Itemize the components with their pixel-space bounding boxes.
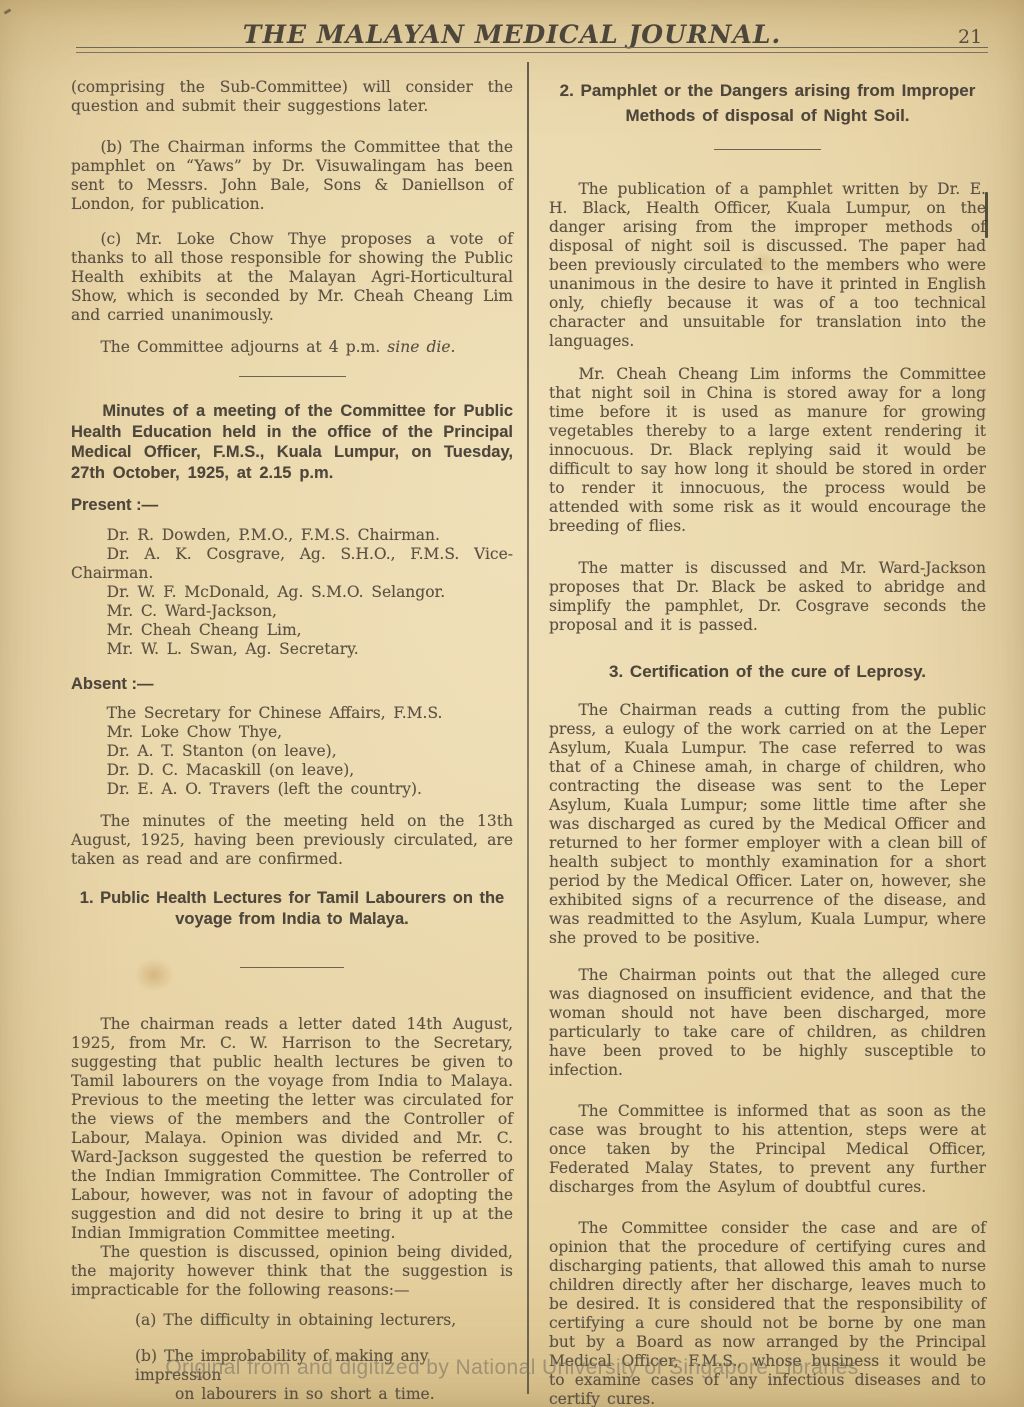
- reason-b-line-1: (b) The improbability of making any impr…: [71, 1347, 513, 1385]
- section-divider-rule: [240, 967, 344, 968]
- present-member: Mr. Cheah Cheang Lim,: [71, 621, 513, 640]
- absent-member: The Secretary for Chinese Affairs, F.M.S…: [71, 704, 513, 723]
- paragraph-chairman-points-out: The Chairman points out that the alleged…: [549, 966, 986, 1080]
- section-2-heading: 2. Pamphlet or the Dangers arising from …: [549, 78, 986, 128]
- reason-b-line-2: on labourers in so short a time.: [71, 1385, 513, 1404]
- absent-label: Absent :—: [71, 675, 513, 694]
- section-3-heading: 3. Certification of the cure of Leprosy.: [549, 659, 986, 684]
- absent-member: Dr. D. C. Macaskill (on leave),: [71, 761, 513, 780]
- present-member: Dr. W. F. McDonald, Ag. S.M.O. Selangor.: [71, 583, 513, 602]
- minutes-meeting-heading: Minutes of a meeting of the Committee fo…: [71, 401, 513, 483]
- paragraph-subcommittee-continuation: (comprising the Sub-Committee) will cons…: [71, 78, 513, 116]
- absent-list: The Secretary for Chinese Affairs, F.M.S…: [71, 704, 513, 799]
- present-member: Dr. R. Dowden, P.M.O., F.M.S. Chairman.: [71, 526, 513, 545]
- paragraph-night-soil-china: Mr. Cheah Cheang Lim informs the Committ…: [549, 365, 986, 536]
- section-divider-rule: [714, 149, 821, 150]
- paragraph-matter-discussed: The matter is discussed and Mr. Ward-Jac…: [549, 559, 986, 635]
- paragraph-committee-consider: The Committee consider the case and are …: [549, 1219, 986, 1407]
- present-member: Mr. W. L. Swan, Ag. Secretary.: [71, 640, 513, 659]
- paper-stain: [748, 250, 778, 276]
- scanned-journal-page: { "header": { "title": "THE MALAYAN MEDI…: [0, 0, 1024, 1407]
- left-column: (comprising the Sub-Committee) will cons…: [71, 0, 513, 1404]
- present-member: Dr. A. K. Cosgrave, Ag. S.H.O., F.M.S. V…: [71, 545, 513, 583]
- present-list: Dr. R. Dowden, P.M.O., F.M.S. Chairman. …: [71, 526, 513, 659]
- paragraph-adjournment: The Committee adjourns at 4 p.m. sine di…: [71, 338, 513, 357]
- absent-member: Mr. Loke Chow Thye,: [71, 723, 513, 742]
- adjournment-text: The Committee adjourns at 4 p.m.: [100, 338, 387, 356]
- absent-member: Dr. E. A. O. Travers (left the country).: [71, 780, 513, 799]
- paper-stain: [134, 958, 174, 992]
- scan-artifact-corner: [4, 8, 12, 14]
- paragraph-press-cutting-leper-asylum: The Chairman reads a cutting from the pu…: [549, 701, 986, 948]
- scan-artifact-edge-mark: [985, 192, 988, 238]
- section-divider-rule: [239, 376, 346, 377]
- right-column: 2. Pamphlet or the Dangers arising from …: [549, 0, 986, 1407]
- absent-member: Dr. A. T. Stanton (on leave),: [71, 742, 513, 761]
- present-member: Mr. C. Ward-Jackson,: [71, 602, 513, 621]
- reason-a: (a) The difficulty in obtaining lecturer…: [71, 1311, 513, 1330]
- paragraph-committee-informed: The Committee is informed that as soon a…: [549, 1102, 986, 1197]
- paragraph-harrison-letter: The chairman reads a letter dated 14th A…: [71, 1015, 513, 1243]
- paragraph-question-discussed: The question is discussed, opinion being…: [71, 1243, 513, 1300]
- paragraph-minutes-confirmed: The minutes of the meeting held on the 1…: [71, 812, 513, 869]
- adjournment-latin-phrase: sine die.: [387, 338, 455, 356]
- section-1-heading: 1. Public Health Lectures for Tamil Labo…: [71, 888, 513, 930]
- paragraph-item-b-yaws: (b) The Chairman informs the Committee t…: [71, 138, 513, 214]
- paragraph-item-c-vote-of-thanks: (c) Mr. Loke Chow Thye proposes a vote o…: [71, 230, 513, 325]
- present-label: Present :—: [71, 496, 513, 515]
- column-divider-rule: [527, 62, 529, 1394]
